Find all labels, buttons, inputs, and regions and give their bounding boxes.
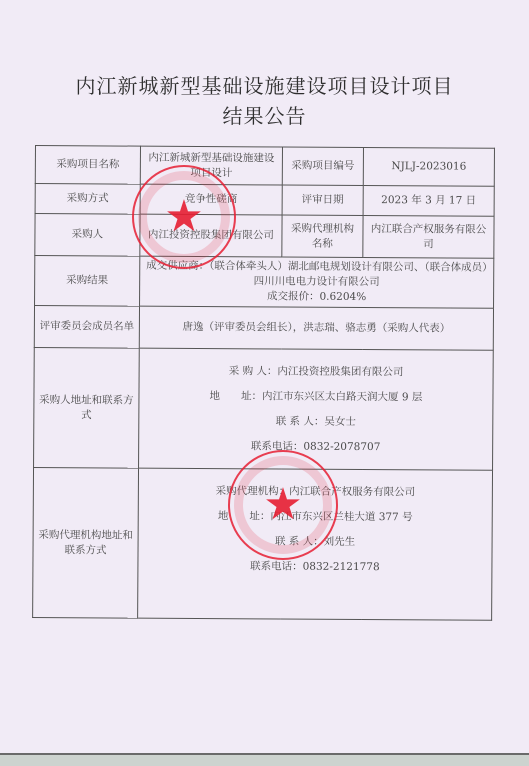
agency-contact-label: 采购代理机构地址和联系方式 (33, 467, 139, 618)
purchaser-contact-address: 地 址：内江市东兴区太白路天润大厦 9 层 (143, 389, 488, 405)
review-date-value: 2023 年 3 月 17 日 (363, 186, 494, 217)
purchaser-contact-label: 采购人地址和联系方式 (34, 347, 140, 468)
agency-name-value: 内江联合产权服务有限公司 (363, 216, 494, 259)
table-row: 采购项目名称 内江新城新型基础设施建设项目设计 采购项目编号 NJLJ-2023… (35, 146, 494, 187)
table-row: 采购方式 竞争性磋商 评审日期 2023 年 3 月 17 日 (35, 184, 494, 217)
result-supplier: 成交供应商：（联合体牵头人）湖北邮电规划设计有限公司、（联合体成员）四川川电电力… (144, 259, 489, 291)
agency-name-label: 采购代理机构名称 (282, 215, 363, 257)
agency-contact-name: 采购代理机构：内江联合产权服务有限公司 (143, 484, 488, 500)
result-value: 成交供应商：（联合体牵头人）湖北邮电规划设计有限公司、（联合体成员）四川川电电力… (140, 256, 494, 308)
purchaser-contact-phone: 联系电话：0832-2078707 (143, 439, 488, 455)
table-row: 采购结果 成交供应商：（联合体牵头人）湖北邮电规划设计有限公司、（联合体成员）四… (35, 256, 494, 309)
table-row: 采购人地址和联系方式 采 购 人：内江投资控股集团有限公司 地 址：内江市东兴区… (34, 347, 494, 470)
project-no-label: 采购项目编号 (282, 147, 363, 185)
committee-label: 评审委员会成员名单 (34, 306, 139, 349)
table-row: 评审委员会成员名单 唐逸（评审委员会组长），洪志瑞、骆志勇（采购人代表） (34, 306, 493, 351)
page-subtitle: 结果公告 (0, 100, 529, 129)
project-no-value: NJLJ-2023016 (363, 148, 494, 187)
review-date-label: 评审日期 (282, 185, 363, 215)
committee-value: 唐逸（评审委员会组长），洪志瑞、骆志勇（采购人代表） (139, 306, 493, 350)
purchaser-label: 采购人 (35, 214, 140, 257)
purchaser-contact-value: 采 购 人：内江投资控股集团有限公司 地 址：内江市东兴区太白路天润大厦 9 层… (139, 348, 494, 470)
method-label: 采购方式 (35, 184, 140, 215)
table-row: 采购代理机构地址和联系方式 采购代理机构：内江联合产权服务有限公司 地 址：内江… (33, 467, 493, 620)
agency-contact-value: 采购代理机构：内江联合产权服务有限公司 地 址：内江市东兴区兰桂大道 377 号… (138, 468, 493, 620)
result-label: 采购结果 (35, 256, 140, 307)
purchaser-value: 内江投资控股集团有限公司 (140, 214, 282, 257)
result-price: 成交报价：0.6204% (144, 289, 489, 306)
method-value: 竞争性磋商 (140, 184, 282, 215)
document-page: 内江新城新型基础设施建设项目设计项目 结果公告 采购项目名称 内江新城新型基础设… (0, 0, 529, 753)
purchaser-contact-person: 联 系 人：吴女士 (143, 414, 488, 430)
announcement-table: 采购项目名称 内江新城新型基础设施建设项目设计 采购项目编号 NJLJ-2023… (32, 145, 495, 621)
agency-contact-address: 地 址：内江市东兴区兰桂大道 377 号 (143, 509, 488, 525)
project-name-value: 内江新城新型基础设施建设项目设计 (140, 146, 282, 185)
table-row: 采购人 内江投资控股集团有限公司 采购代理机构名称 内江联合产权服务有限公司 (35, 214, 494, 259)
page-title: 内江新城新型基础设施建设项目设计项目 (0, 70, 529, 99)
agency-contact-phone: 联系电话：0832-2121778 (142, 559, 487, 575)
agency-contact-person: 联 系 人：刘先生 (143, 534, 488, 550)
purchaser-contact-name: 采 购 人：内江投资控股集团有限公司 (144, 364, 489, 380)
project-name-label: 采购项目名称 (35, 146, 140, 185)
